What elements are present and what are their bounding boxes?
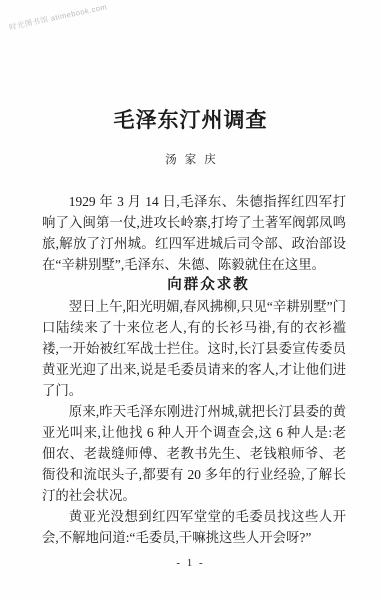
section-heading: 向群众求教: [42, 275, 346, 296]
article-body: 1929 年 3 月 14 日,毛泽东、朱德指挥红四军打响了入闽第一仗,进攻长岭…: [42, 191, 346, 548]
section-paragraph-1: 翌日上午,阳光明媚,春风拂柳,只见“辛耕别墅”门口陆续来了十来位老人,有的长衫马…: [42, 296, 346, 401]
book-page: 时光图书馆 atimebook.com 毛泽东汀州调查 汤家庆 1929 年 3…: [0, 0, 381, 600]
section-paragraph-3: 黄亚光没想到红四军堂堂的毛委员找这些人开会,不解地问道:“毛委员,干嘛挑这些人开…: [42, 506, 346, 548]
page-number: - 1 -: [0, 557, 381, 569]
author-byline: 汤家庆: [0, 151, 381, 167]
intro-paragraph: 1929 年 3 月 14 日,毛泽东、朱德指挥红四军打响了入闽第一仗,进攻长岭…: [42, 191, 346, 275]
section-paragraph-2: 原来,昨天毛泽东刚进汀州城,就把长汀县委的黄亚光叫来,让他找 6 种人开个调查会…: [42, 401, 346, 506]
